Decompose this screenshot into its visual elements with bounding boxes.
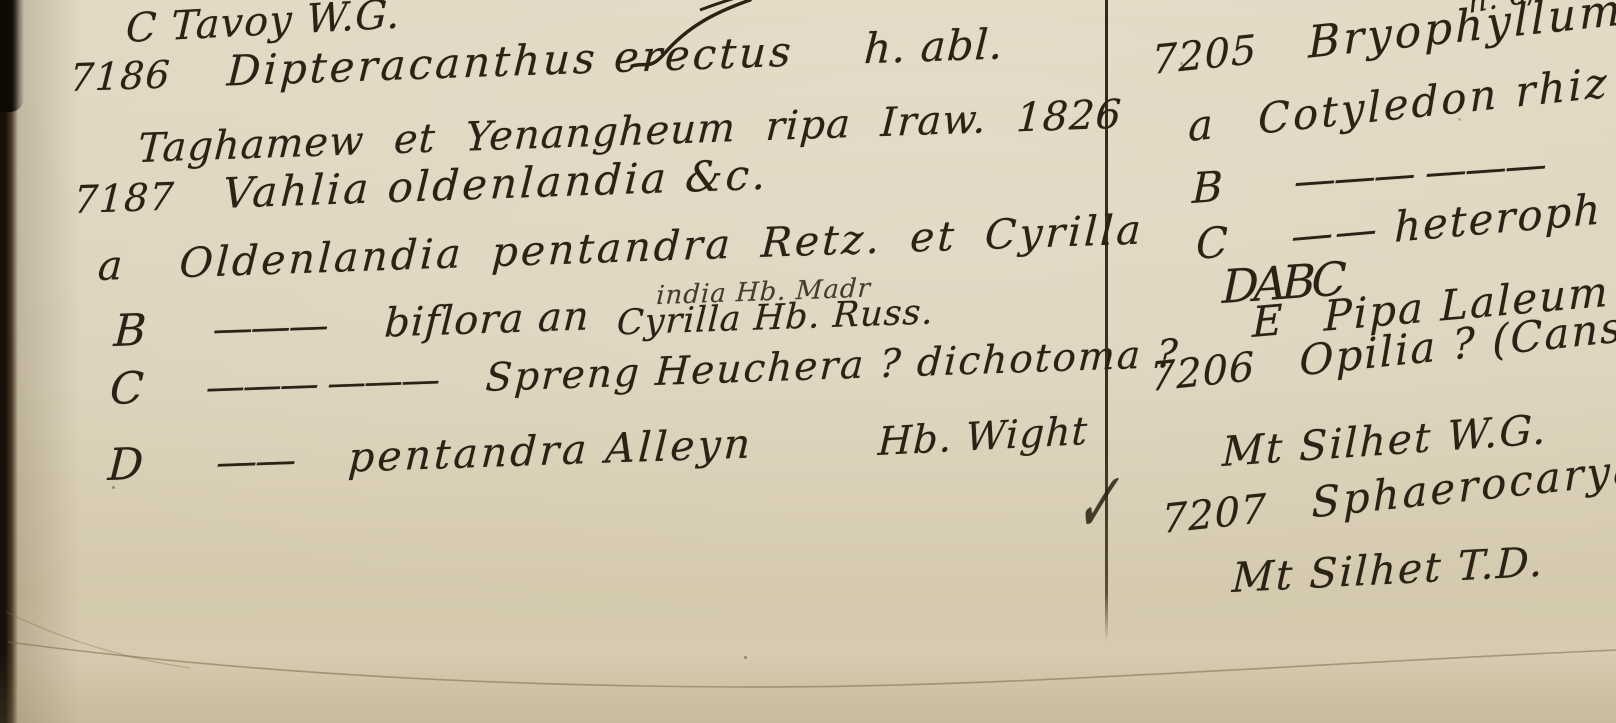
entry-number: 7205 xyxy=(1152,27,1258,84)
flourish-stroke-tail xyxy=(700,0,742,10)
species-name: Bryophyllum xyxy=(1307,0,1616,69)
variety-text: Oldenlandia pentandra Retz. et Cyrilla xyxy=(178,205,1145,287)
paper-speck xyxy=(1180,62,1183,65)
entry-number: 7186 xyxy=(69,52,172,100)
manuscript-page: C Tavoy W.G. 7186 Dipteracanthus erectus… xyxy=(0,0,1616,723)
variety-letter: B xyxy=(113,305,149,357)
variety-letter: B xyxy=(1192,162,1225,213)
ditto-mark: —— xyxy=(215,435,295,486)
variety-letter: a xyxy=(97,241,127,290)
variety-letter: C xyxy=(109,363,146,415)
insertion-stack: india Hb. Madr Cyrilla Hb. Russ. xyxy=(616,269,936,341)
locality-line-7207: Mt Silhet T.D. xyxy=(1231,538,1545,603)
page-bottom-shade xyxy=(0,653,1616,723)
variety-letter: D xyxy=(107,439,146,491)
checkmark-icon: ✓ xyxy=(1074,457,1120,552)
paper-speck xyxy=(1458,118,1461,121)
variety-text: Cotyledon rhiz xyxy=(1258,58,1610,144)
entry-number: 7206 xyxy=(1150,344,1256,401)
variety-text: biflora an xyxy=(383,293,591,346)
variety-d-line: D —— pentandra Alleyn xyxy=(107,417,755,491)
entry-number: 7207 xyxy=(1162,486,1268,543)
paper-speck xyxy=(112,486,115,489)
herbarium-note: Hb. Wight xyxy=(877,409,1089,465)
ditto-mark: ——— xyxy=(212,303,328,353)
paper-speck xyxy=(744,656,747,659)
book-gutter-edge-top xyxy=(0,0,24,112)
entry-number: 7187 xyxy=(73,174,176,222)
ditto-mark: ——— ——— xyxy=(205,357,440,410)
entry-annotation: h. abl. xyxy=(863,19,1005,73)
variety-text: pentandra Alleyn xyxy=(347,419,755,481)
variety-letter: a xyxy=(1188,99,1217,151)
variety-a-line: a Oldenlandia pentandra Retz. et Cyrilla xyxy=(97,205,1145,290)
